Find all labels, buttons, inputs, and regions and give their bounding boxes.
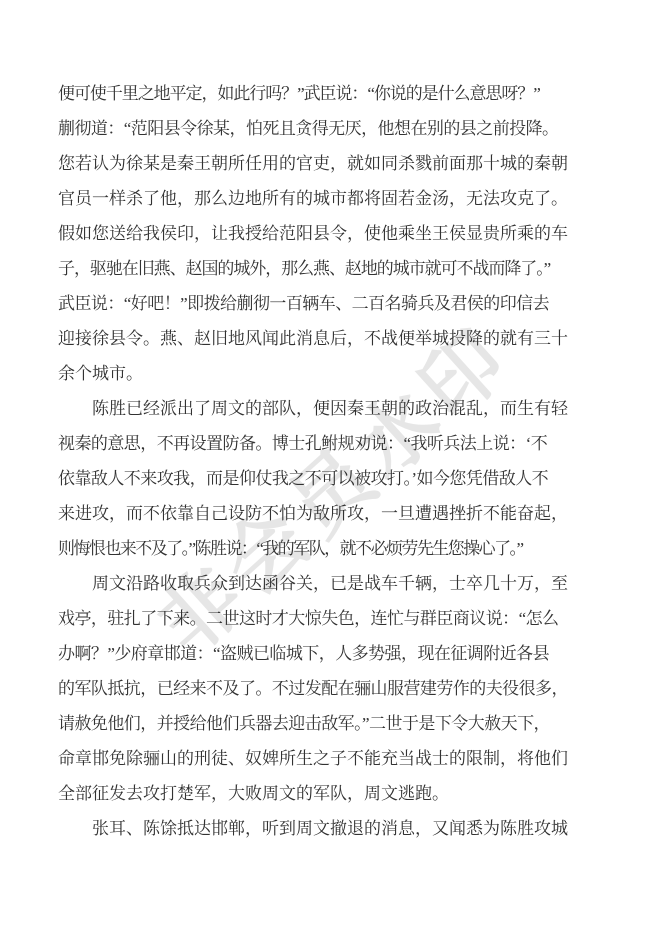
text-line: 戏亭，驻扎了下来。二世这时才大惊失色，连忙与群臣商议说：“怎么 (58, 601, 568, 636)
text-line: 假如您送给我侯印，让我授给范阳县令，使他乘坐王侯显贵所乘的车 (58, 216, 568, 251)
text-line: 视秦的意思，不再设置防备。博士孔鲋规劝说：“我听兵法上说：‘不 (58, 426, 568, 461)
text-line: 请赦免他们，并授给他们兵器去迎击敌军。”二世于是下令大赦天下， (58, 706, 568, 741)
text-line: 您若认为徐某是秦王朝所任用的官吏，就如同杀戮前面那十城的秦朝 (58, 146, 568, 181)
text-line: 子，驱驰在旧燕、赵国的城外，那么燕、赵地的城市就可不战而降了。” (58, 251, 568, 286)
text-line: 张耳、陈馀抵达邯郸，听到周文撤退的消息，又闻悉为陈胜攻城 (58, 811, 568, 846)
text-line: 办啊？”少府章邯道：“盗贼已临城下，人多势强，现在征调附近各县 (58, 636, 568, 671)
text-block: 便可使千里之地平定，如此行吗？”武臣说：“你说的是什么意思呀？”蒯彻道：“范阳县… (58, 76, 568, 846)
text-line: 迎接徐县令。燕、赵旧地风闻此消息后，不战便举城投降的就有三十 (58, 321, 568, 356)
text-line: 来进攻，而不依靠自己设防不怕为敌所攻，一旦遭遇挫折不能奋起， (58, 496, 568, 531)
text-line: 的军队抵抗，已经来不及了。不过发配在骊山服营建劳作的夫役很多， (58, 671, 568, 706)
text-line: 则悔恨也来不及了。”陈胜说：“我的军队，就不必烦劳先生您操心了。” (58, 531, 568, 566)
text-line: 蒯彻道：“范阳县令徐某，怕死且贪得无厌，他想在别的县之前投降。 (58, 111, 568, 146)
text-line: 依靠敌人不来攻我，而是仰仗我之不可以被攻打。’如今您凭借敌人不 (58, 461, 568, 496)
text-line: 余个城市。 (58, 356, 568, 391)
text-line: 全部征发去攻打楚军，大败周文的军队，周文逃跑。 (58, 776, 568, 811)
text-line: 官员一样杀了他，那么边地所有的城市都将固若金汤，无法攻克了。 (58, 181, 568, 216)
text-line: 武臣说：“好吧！”即拨给蒯彻一百辆车、二百名骑兵及君侯的印信去 (58, 286, 568, 321)
text-line: 命章邯免除骊山的刑徒、奴婢所生之子不能充当战士的限制，将他们 (58, 741, 568, 776)
text-line: 陈胜已经派出了周文的部队，便因秦王朝的政治混乱，而生有轻 (58, 391, 568, 426)
document-page: 非会员水印 便可使千里之地平定，如此行吗？”武臣说：“你说的是什么意思呀？”蒯彻… (0, 0, 660, 934)
text-line: 周文沿路收取兵众到达函谷关，已是战车千辆，士卒几十万，至 (58, 566, 568, 601)
text-line: 便可使千里之地平定，如此行吗？”武臣说：“你说的是什么意思呀？” (58, 76, 568, 111)
